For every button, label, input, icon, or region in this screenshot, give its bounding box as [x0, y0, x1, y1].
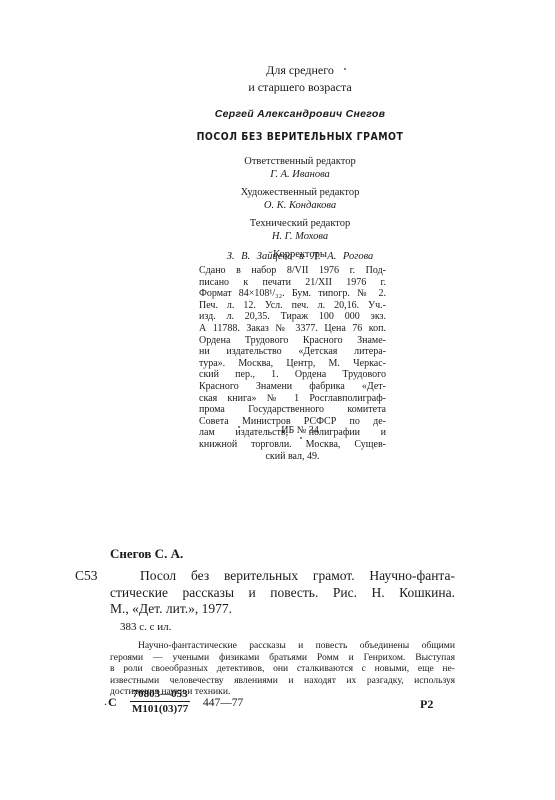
print-speck — [300, 437, 302, 439]
imprint-line: ни издательство «Детская литера- — [199, 346, 386, 358]
credit-role: Художественный редактор — [200, 186, 400, 199]
page-count: 383 с. с ил. — [120, 621, 171, 633]
annotation-line: Научно-фантастические рассказы и повесть… — [110, 640, 455, 652]
imprint-line: писано к печати 21/XII 1976 г. — [199, 277, 386, 289]
credit-role: Технический редактор — [200, 217, 400, 230]
imprint-line: А 11788. Заказ № 3377. Цена 76 коп. — [199, 323, 386, 335]
book-title: ПОСОЛ БЕЗ ВЕРИТЕЛЬНЫХ ГРАМОТ — [173, 130, 428, 143]
imprint-line: изд. л. 20,35. Тираж 100 000 экз. — [199, 311, 386, 323]
ib-number: ИБ № 34 — [200, 425, 400, 436]
card-author: Снегов С. А. — [110, 546, 183, 562]
imprint-line: Формат 84×108¹/₃₂. Бум. типогр. № 2. — [199, 288, 386, 300]
print-speck — [344, 68, 346, 70]
card-description: Посол без верительных грамот. Научно-фан… — [110, 568, 455, 618]
bbk-suffix: 447—77 — [203, 697, 243, 709]
imprint-line: тура». Москва, Центр, М. Черкас- — [199, 358, 386, 370]
imprint-line: Ордена Трудового Красного Знаме- — [199, 335, 386, 347]
description-line: Посол без верительных грамот. Научно-фан… — [110, 568, 455, 585]
description-line: стические рассказы и повесть. Рис. Н. Ко… — [110, 585, 455, 602]
audience-line: Для среднего — [200, 62, 400, 79]
audience-note: Для среднего и старшего возраста — [200, 62, 400, 96]
description-line: М., «Дет. лит.», 1977. — [110, 601, 455, 618]
bbk-right-code: Р2 — [420, 697, 433, 712]
imprint-line: прома Государственного комитета — [199, 404, 386, 416]
bbk-prefix: С — [108, 695, 117, 710]
author-full-name: Сергей Александрович Снегов — [150, 108, 450, 120]
credits: Ответственный редактор Г. А. Иванова Худ… — [200, 155, 400, 261]
imprint-line: Сдано в набор 8/VII 1976 г. Под- — [199, 265, 386, 277]
bbk-numerator: 70803—053 — [130, 688, 190, 702]
annotation-line: героями — учеными физиками братьями Ромм… — [110, 652, 455, 664]
imprint-line: ский вал, 49. — [199, 451, 386, 463]
credit-name: Г. А. Иванова — [200, 168, 400, 181]
bullet-dot: . — [104, 694, 107, 709]
annotation-line: известными человечеству явлениями и нахо… — [110, 675, 455, 687]
bbk-fraction: 70803—053 М101(03)77 — [130, 688, 190, 715]
imprint-line: Печ. л. 12. Усл. печ. л. 20,16. Уч.- — [199, 300, 386, 312]
credit-role: Ответственный редактор — [200, 155, 400, 168]
credit-name: О. К. Кондакова — [200, 199, 400, 212]
imprint-line: книжной торговли. Москва, Сущев- — [199, 439, 386, 451]
credit-name: Н. Г. Мохова — [200, 230, 400, 243]
imprint-line: ский пер., 1. Ордена Трудового — [199, 369, 386, 381]
annotation-line: в роли своеобразных детективов, они стал… — [110, 663, 455, 675]
correctors-names: З. В. Зайцева и Л. А. Рогова — [200, 251, 400, 262]
print-speck — [238, 426, 240, 428]
imprint-line: ская книга» № 1 Росглавполиграф- — [199, 393, 386, 405]
imprint-line: Красного Знамени фабрика «Дет- — [199, 381, 386, 393]
audience-line: и старшего возраста — [200, 79, 400, 96]
bbk-denominator: М101(03)77 — [130, 702, 190, 715]
classification-code: С53 — [75, 568, 98, 584]
